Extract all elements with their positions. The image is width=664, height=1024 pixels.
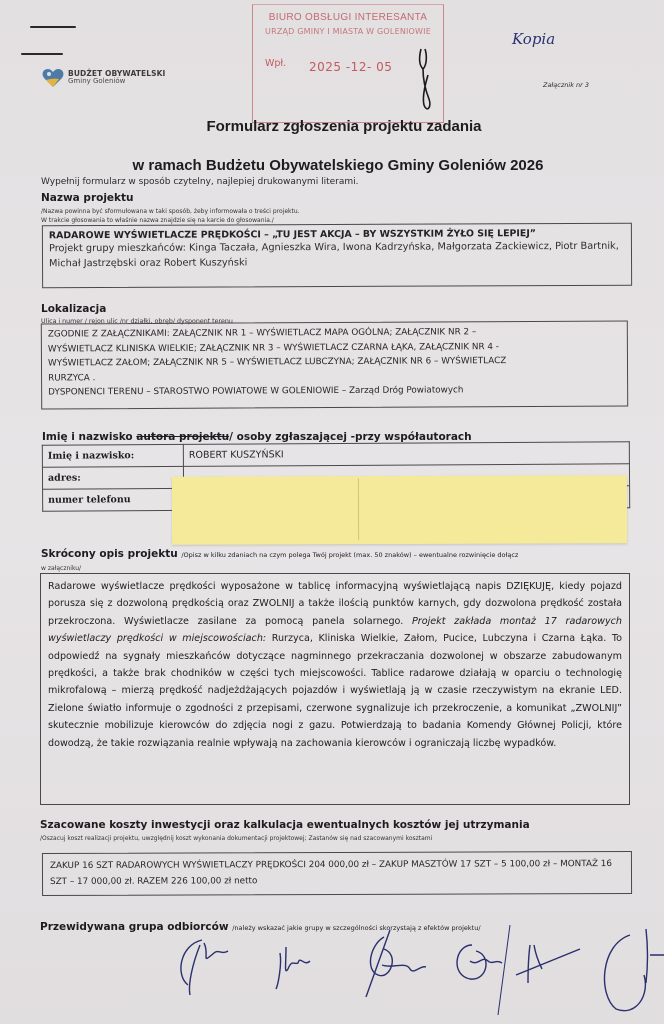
signature-icon	[181, 940, 228, 995]
name-label: Imię i nazwisko:	[42, 444, 183, 467]
pen-mark	[30, 26, 76, 28]
address-label: adres:	[42, 466, 183, 489]
description-heading: Skrócony opis projektu /Opisz w kilku zd…	[41, 548, 518, 560]
stamp-received-label: Wpł.	[265, 58, 286, 69]
description-field[interactable]: Radarowe wyświetlacze prędkości wyposażo…	[40, 573, 630, 805]
pen-mark	[21, 53, 63, 55]
form-page: BUDŻET OBYWATELSKI Gminy Goleniów BIURO …	[0, 0, 664, 1024]
description-hint-2: w załączniku/	[41, 565, 81, 572]
stamp-office: BIURO OBSŁUGI INTERESANTA	[253, 12, 443, 23]
costs-field[interactable]: ZAKUP 16 SZT RADAROWYCH WYŚWIETLACZY PRĘ…	[42, 851, 632, 896]
project-name-hint: /Nazwa powinna być sformułowana w taki s…	[41, 208, 300, 215]
form-subtitle: w ramach Budżetu Obywatelskiego Gminy Go…	[0, 157, 664, 174]
applicant-heading: Imię i nazwisko autora projektu/ osoby z…	[42, 431, 472, 443]
budget-logo: BUDŻET OBYWATELSKI Gminy Goleniów	[42, 68, 165, 88]
signature-icon	[457, 945, 502, 979]
description-heading-text: Skrócony opis projektu	[41, 548, 178, 560]
stamp-institution: URZĄD GMINY I MIASTA W GOLENIOWIE	[253, 27, 443, 36]
project-name-hint-2: W trakcie głosowania to właśnie nazwa zn…	[41, 217, 274, 224]
applicant-heading-prefix: Imię i nazwisko	[42, 431, 136, 443]
signature-icon	[604, 929, 664, 1011]
description-text-3: Rurzyca, Kliniska Wielkie, Załom, Pucice…	[48, 633, 622, 748]
applicant-heading-suffix: / osoby zgłaszającej -przy współautorach	[229, 431, 472, 443]
heart-logo-icon	[42, 68, 64, 88]
fill-instruction: Wypełnij formularz w sposób czytelny, na…	[41, 177, 358, 187]
co-author-signatures	[170, 925, 664, 1024]
name-field[interactable]: ROBERT KUSZYŃSKI	[183, 442, 629, 467]
stamp-received-date: 2025 -12- 05	[309, 60, 392, 74]
signature-icon	[366, 930, 426, 997]
signature-icon	[276, 947, 310, 989]
handwritten-copy-note: Kopia	[512, 30, 555, 48]
project-name-field[interactable]: RADAROWE WYŚWIETLACZE PRĘDKOŚCI – „TU JE…	[42, 223, 632, 289]
description-hint: /Opisz w kilku zdaniach na czym polega T…	[181, 551, 518, 559]
stamp-signature-icon	[415, 45, 435, 119]
costs-heading: Szacowane koszty inwestycji oraz kalkula…	[40, 819, 530, 831]
location-heading: Lokalizacja	[41, 303, 106, 315]
location-field[interactable]: ZGODNIE Z ZAŁĄCZNIKAMI: ZAŁĄCZNIK NR 1 –…	[41, 320, 628, 409]
applicant-heading-struck: autora projektu	[136, 431, 229, 443]
logo-subtitle: Gminy Goleniów	[68, 78, 165, 85]
phone-label: numer telefonu	[43, 488, 184, 511]
pen-stroke	[498, 925, 510, 1015]
project-authors-value: Projekt grupy mieszkańców: Kinga Taczała…	[49, 239, 625, 272]
received-stamp: BIURO OBSŁUGI INTERESANTA URZĄD GMINY I …	[252, 4, 444, 123]
sticky-note-redaction	[172, 475, 627, 545]
project-name-heading: Nazwa projektu	[41, 192, 134, 204]
description-value: Radarowe wyświetlacze prędkości wyposażo…	[48, 578, 622, 752]
signature-icon	[516, 945, 580, 983]
form-title: Formularz zgłoszenia projektu zadania	[0, 118, 664, 135]
costs-hint: /Oszacuj koszt realizacji projektu, uwzg…	[40, 835, 432, 842]
sticky-note-fold	[358, 478, 359, 540]
attachment-label: Załącznik nr 3	[543, 81, 589, 89]
location-line: DYSPONENCI TERENU – STAROSTWO POWIATOWE …	[48, 383, 621, 401]
costs-value: ZAKUP 16 SZT RADAROWYCH WYŚWIETLACZY PRĘ…	[50, 856, 624, 890]
